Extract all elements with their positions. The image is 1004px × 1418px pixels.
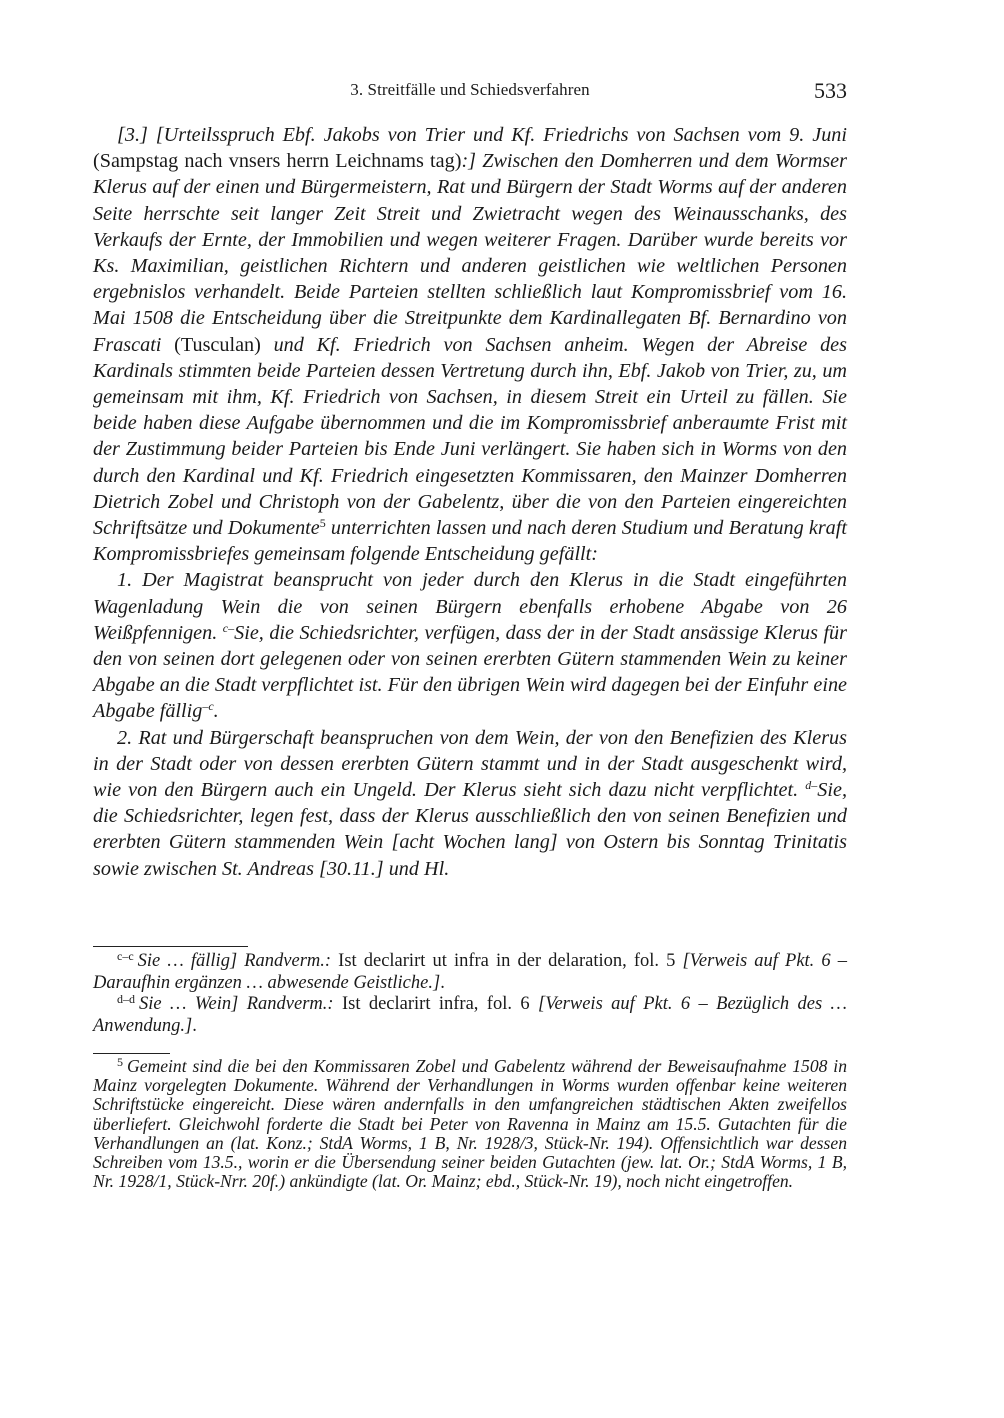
- footnote-divider: [93, 1053, 170, 1054]
- apparatus-mark-c-close: –c: [202, 699, 213, 713]
- running-title: 3. Streitfälle und Schiedsverfahren: [93, 80, 847, 100]
- apparatus-mark: d–d: [117, 992, 135, 1006]
- apparatus-text: Ist declarirt ut infra in der delaration…: [331, 951, 682, 971]
- apparatus-mark: c–c: [117, 949, 134, 963]
- item-2: 2. Rat und Bürgerschaft beanspruchen von…: [93, 725, 847, 882]
- apparatus-note-d: d–dSie … Wein] Randverm.: Ist declarirt …: [93, 994, 847, 1037]
- apparatus-text: Ist declarirt infra, fol. 6: [334, 994, 538, 1014]
- apparatus-divider: [93, 946, 248, 947]
- footnote-text: Gemeint sind die bei den Kommissaren Zob…: [93, 1056, 847, 1191]
- apparatus-lemma: Sie … Wein] Randverm.:: [139, 994, 334, 1014]
- apparatus-mark-c-open: c–: [223, 621, 234, 635]
- intro-paragraph: [3.] [Urteilsspruch Ebf. Jakobs von Trie…: [93, 122, 847, 567]
- footnote-5: 5Gemeint sind die bei den Kommissaren Zo…: [93, 1057, 847, 1191]
- apparatus-lemma: Sie … fällig] Randverm.:: [138, 951, 331, 971]
- page-number: 533: [814, 78, 847, 104]
- intro-text-2: und Kf. Friedrich von Sachsen anheim. We…: [93, 334, 847, 539]
- text-critical-apparatus: c–cSie … fällig] Randverm.: Ist declarir…: [93, 951, 847, 1037]
- footnote-number: 5: [117, 1055, 123, 1069]
- apparatus-end: .: [440, 973, 445, 993]
- footnotes: 5Gemeint sind die bei den Kommissaren Zo…: [93, 1057, 847, 1191]
- page: 3. Streitfälle und Schiedsverfahren 533 …: [93, 78, 847, 882]
- item-2-text-a: 2. Rat und Bürgerschaft beanspruchen von…: [93, 727, 847, 801]
- item-1: 1. Der Magistrat beansprucht von jeder d…: [93, 567, 847, 724]
- intro-heading-text: [3.] [Urteilsspruch Ebf. Jakobs von Trie…: [117, 124, 847, 146]
- body-text: [3.] [Urteilsspruch Ebf. Jakobs von Trie…: [93, 122, 847, 882]
- intro-text-1: :] Zwischen den Domherren und dem Wormse…: [93, 150, 847, 355]
- apparatus-end: .: [192, 1016, 197, 1036]
- place-quote: (Tusculan): [174, 334, 261, 356]
- apparatus-note-c: c–cSie … fällig] Randverm.: Ist declarir…: [93, 951, 847, 994]
- date-quote: (Sampstag nach vnsers herrn Leichnams ta…: [93, 150, 461, 172]
- item-1-text-c: .: [214, 700, 219, 722]
- apparatus-mark-d-open: d–: [805, 778, 817, 792]
- running-head: 3. Streitfälle und Schiedsverfahren 533: [93, 78, 847, 108]
